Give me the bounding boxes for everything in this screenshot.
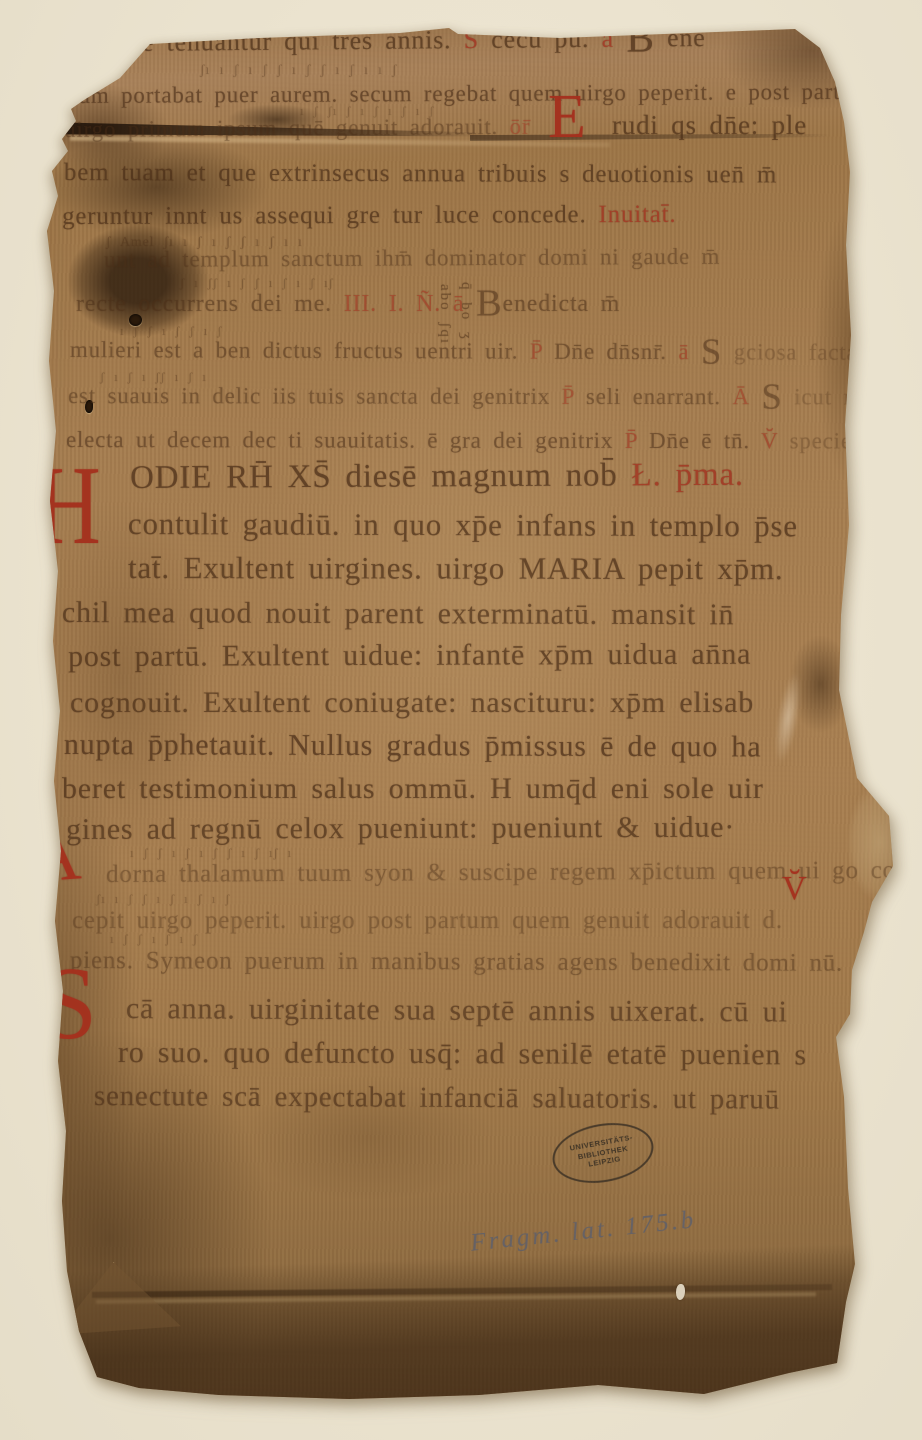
rubric-initial-A: A [26,818,83,893]
manuscript-line: tat̄. Exultent uirgines. uirgo MARIA pep… [128,552,784,584]
ink-segment: ʃı ı ʃ ʃ ı ʃ ı ʃ ı ʃ [96,891,230,906]
ink-segment: post partū. Exultent uidue: infantē xp̄m… [68,638,751,673]
ink-segment: ene [655,23,706,52]
rubric-segment: P̄ [530,339,554,364]
manuscript-line: piens. Symeon puerum in manibus gratias … [70,948,843,976]
manuscript-line: beret testimonium salus ommū. H umq̄d en… [62,774,764,804]
ink-segment: nupta p̄phetauit. Nullus gradus p̄missus… [64,728,762,763]
manuscript-line: rudi qs dn̄e: ple [612,112,807,139]
manuscript-line: cognouit. Exultent coniugate: nascituru:… [70,688,754,718]
manuscript-line: recte occurrens dei me. III. I. Ñ. ā Ben… [76,292,620,316]
manuscript-line: cepit uirgo peperit. uirgo post partum q… [72,908,783,933]
ink-segment: Dn̄e dn̄snr̄. [554,339,678,364]
manuscript-line: ı ʃ ʃ ı ʃ ı ʃ ʃ ı ʃ ıʃ ı [130,846,292,859]
parchment-wrapper: ge tenuantur qui tres annis. S cecū pū. … [0,0,922,1440]
manuscript-line: ʃ ı ʃʃ ı ʃ ʃ ı ʃ ı ʃ ıʃ [180,276,334,289]
manuscript-line: ʃı ı ʃ ʃ ı ʃ ı ʃ ı ʃ [96,892,230,905]
ink-segment: Dn̄e ē tn̄. [649,428,761,453]
manuscript-line: ı ʃ ʃ ı ʃ ı ʃ [110,932,198,945]
manuscript-line: ge tenuantur qui tres annis. S cecū pū. … [128,25,706,56]
rubric-segment: Inuitat̄. [598,201,676,228]
manuscript-line: nupta p̄phetauit. Nullus gradus p̄missus… [64,730,762,762]
manuscript-line: post partū. Exultent uidue: infantē xp̄m… [68,640,751,672]
rubric-segment: P̄ [562,384,586,409]
ink-segment: ʃ ı ʃ ı ʃʃ ı ʃ ı [100,369,207,384]
manuscript-line: senectute scā expectabat infanciā saluat… [94,1082,780,1115]
ink-segment: ʃı ı ʃ ı ʃ ʃ ı ʃ ʃ ı ʃ ı ı ʃ [200,63,397,78]
rubric-segment: ā [678,339,701,364]
rubric-initial-V: V̆ [782,872,807,906]
manuscript-line: ʃı ı ʃ ı ʃ ʃ ı ʃ ʃ ı ʃ ı ı ʃ [200,64,397,78]
manuscript-line: ı ʃ ʃı ʃ ı ʃ ı ʃ ı ʃ [300,104,434,117]
ink-segment: ʃ ı ʃʃ ı ʃ ʃ ı ʃ ı ʃ ıʃ [180,275,334,290]
ink-segment: ODIE RH̄ XS̄ diesē magnum nob̄ [130,457,632,496]
ink-segment: piens. Symeon puerum in manibus gratias … [70,947,843,977]
ink-segment: cognouit. Exultent coniugate: nascituru:… [70,686,754,719]
manuscript-line: cā anna. uirginitate sua septē annis uix… [126,994,788,1027]
ink-segment: senectute scā expectabat infanciā saluat… [94,1080,780,1116]
parchment-fragment: ge tenuantur qui tres annis. S cecū pū. … [0,0,922,1440]
rubric-initial-E: E [548,86,586,148]
rubric-segment: Ł. p̄ma. [632,457,745,494]
ink-segment: gciosa facta [722,339,857,364]
manuscript-line: bem tuam et que extrinsecus annua tribui… [64,160,777,187]
ink-segment: ı ʃ ʃ ı ʃ ʃ ı ʃ [120,323,222,338]
ink-segment: S [701,331,722,372]
text-layer: ge tenuantur qui tres annis. S cecū pū. … [0,0,922,1440]
ink-segment: gines ad regnū celox pueniunt: pueniunt … [66,811,735,846]
ink-segment: ʃ Amel ʃı ı ʃ ı ʃ ʃ ı ʃ ı ı [106,235,303,250]
ink-segment: rudi qs dn̄e: ple [612,110,807,140]
red-wax-spot [45,1133,62,1157]
ink-segment: seli enarrant. [586,384,733,409]
ink-segment: B [476,283,502,325]
ink-segment: abo ʃqı [437,284,453,345]
manuscript-line: mulieri est a ben dictus fructus uentri … [70,338,858,364]
rubric-segment: ā [601,24,626,53]
manuscript-line: est suauis in delic iis tuis sancta dei … [68,384,897,408]
ink-segment: ge tenuantur qui tres annis. [128,25,464,57]
manuscript-line: gines ad regnū celox pueniunt: pueniunt … [66,813,735,845]
ink-segment: ı ʃ ʃ ı ʃ ı ʃ ʃ ı ʃ ıʃ ı [130,845,292,860]
rubric-initial-H: H [36,450,101,562]
ink-segment: q̄ bo ʒ [458,282,474,341]
manuscript-line: rum portabat puer aurem. secum regebat q… [70,80,871,107]
ink-segment: ro suo. quo defuncto usq̄: ad senilē eta… [118,1036,807,1071]
ink-segment: enedicta m̄ [503,291,621,317]
ink-segment: uirgo primum ipsum quē genuit adorauit. [64,114,510,142]
ink-segment: rum portabat puer aurem. secum regebat q… [70,79,871,108]
rubric-segment: ōr̄ [509,114,530,139]
manuscript-line: contulit gaudiū. in quo xp̄e infans in t… [128,508,798,541]
ink-segment: chil mea quod nouit parent exterminatū. … [62,596,735,631]
ink-segment: B [626,14,655,60]
manuscript-line: ı ʃ ʃ ı ʃ ʃ ı ʃ [120,324,222,337]
manuscript-line: electa ut decem dec ti suauitatis. ē gra… [66,428,894,452]
ink-segment: tat̄. Exultent uirgines. uirgo MARIA pep… [128,550,784,586]
ink-segment: S [761,376,782,417]
rubric-segment: P̄ [625,428,649,453]
manuscript-photo: ge tenuantur qui tres annis. S cecū pū. … [0,0,922,1440]
rubric-initial-S: S [42,952,97,1056]
manuscript-line: ODIE RH̄ XS̄ diesē magnum nob̄ Ł. p̄ma. [130,459,744,495]
ink-segment: cecū pū. [491,24,602,54]
ink-segment: beret testimonium salus ommū. H umq̄d en… [62,772,764,805]
manuscript-line: q̄ bo ʒ [458,282,473,341]
ink-segment: est suauis in delic iis tuis sancta dei … [68,383,562,409]
ink-segment: contulit gaudiū. in quo xp̄e infans in t… [128,506,798,543]
ink-segment: cepit uirgo peperit. uirgo post partum q… [72,907,783,934]
ink-segment: geruntur innt us assequi gre tur luce co… [62,201,599,230]
manuscript-line: ʃ ı ʃ ı ʃʃ ı ʃ ı [100,370,207,383]
ink-segment: cā anna. uirginitate sua septē annis uix… [126,992,788,1028]
manuscript-line: ʃ Amel ʃı ı ʃ ı ʃ ʃ ı ʃ ı ı [106,236,303,250]
ink-segment: recte occurrens dei me. [76,291,344,317]
ink-segment: ı ʃ ʃ ı ʃ ı ʃ [110,931,198,946]
rubric-segment: Ā [732,384,761,409]
ink-segment: specie tua [790,428,894,453]
ink-segment: bem tuam et que extrinsecus annua tribui… [64,159,777,188]
rubric-segment: S [464,25,492,54]
manuscript-line: geruntur innt us assequi gre tur luce co… [62,202,676,229]
manuscript-line: abo ʃqı [437,284,452,345]
manuscript-line: uirgo primum ipsum quē genuit adorauit. … [64,115,530,141]
ink-segment: ı ʃ ʃı ʃ ı ʃ ı ʃ ı ʃ [300,103,434,118]
manuscript-line: chil mea quod nouit parent exterminatū. … [62,598,734,630]
ink-segment: electa ut decem dec ti suauitatis. ē gra… [66,427,625,453]
rubric-segment: V̆ [761,428,790,453]
manuscript-line: ro suo. quo defuncto usq̄: ad senilē eta… [118,1038,807,1070]
ink-segment: icut mirra [783,384,898,409]
